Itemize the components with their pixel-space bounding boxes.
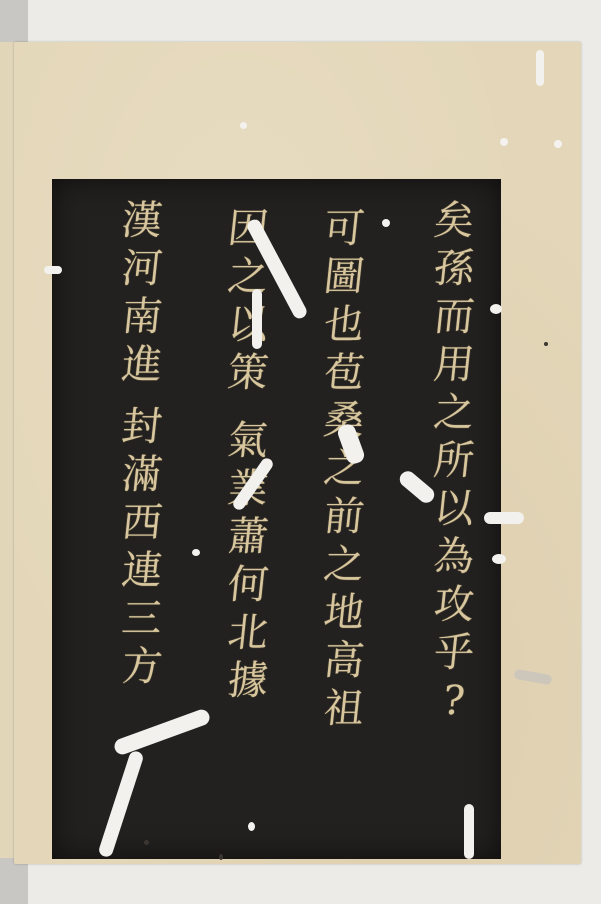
wormhole — [248, 822, 255, 831]
text-column-3: 因 之 以 策 氣 業 蕭 何 北 據 — [218, 205, 278, 705]
character: 地 — [321, 589, 366, 637]
character: 河 — [119, 245, 164, 293]
character: 之 — [321, 541, 366, 589]
character: 矣 — [431, 197, 476, 245]
character: 孫 — [431, 245, 476, 293]
character: ? — [441, 677, 467, 725]
wormhole — [382, 219, 390, 227]
character: 漢 — [119, 197, 164, 245]
text-column-1: 矣 孫 而 用 之 所 以 為 攻 乎 ? — [424, 197, 484, 725]
character: 可 — [321, 205, 366, 253]
character: 為 — [431, 533, 476, 581]
character: 也 — [321, 301, 366, 349]
character: 祖 — [321, 685, 366, 733]
character: 據 — [225, 657, 270, 705]
wormhole-damage — [97, 750, 144, 859]
character: 南 — [119, 293, 164, 341]
character: 北 — [225, 609, 270, 657]
character: 連 — [119, 547, 164, 595]
wormhole-damage — [112, 707, 211, 756]
character: 封 — [119, 403, 164, 451]
wormhole — [192, 549, 200, 556]
character: 方 — [119, 643, 164, 691]
wormhole — [492, 554, 506, 564]
character: 而 — [431, 293, 476, 341]
character: 以 — [431, 485, 476, 533]
character: 進 — [119, 341, 164, 389]
character: 蕭 — [225, 513, 270, 561]
character: 攻 — [431, 581, 476, 629]
text-column-2: 可 圖 也 苞 桑 之 前 之 地 高 祖 — [314, 205, 374, 733]
wormhole-damage — [536, 50, 544, 86]
wormhole — [490, 304, 502, 314]
character: 之 — [431, 389, 476, 437]
character: 所 — [431, 437, 476, 485]
character: 三 — [119, 595, 164, 643]
character: 策 — [225, 349, 270, 397]
ink-spot — [544, 342, 548, 346]
character: 用 — [431, 341, 476, 389]
wormhole — [554, 140, 562, 148]
ink-rubbing-panel: 矣 孫 而 用 之 所 以 為 攻 乎 ? 可 圖 也 苞 桑 之 前 之 地 … — [52, 179, 501, 859]
text-column-4: 漢 河 南 進 封 滿 西 連 三 方 — [112, 197, 172, 691]
wormhole-damage — [464, 804, 474, 859]
wormhole-damage — [484, 512, 524, 524]
character: 前 — [321, 493, 366, 541]
character: 乎 — [431, 629, 476, 677]
wormhole-damage — [252, 289, 262, 349]
stain-mark — [513, 669, 552, 685]
ink-spot — [144, 840, 149, 845]
character: 高 — [321, 637, 366, 685]
character: 何 — [225, 561, 270, 609]
book-page: 矣 孫 而 用 之 所 以 為 攻 乎 ? 可 圖 也 苞 桑 之 前 之 地 … — [14, 42, 581, 864]
wormhole — [240, 122, 247, 129]
wormhole — [500, 138, 508, 146]
character: 苞 — [321, 349, 366, 397]
character: 圖 — [321, 253, 366, 301]
character: 西 — [119, 499, 164, 547]
character: 以 — [225, 301, 270, 349]
wormhole-damage — [44, 266, 62, 274]
character: 滿 — [119, 451, 164, 499]
ink-spot — [219, 854, 223, 860]
